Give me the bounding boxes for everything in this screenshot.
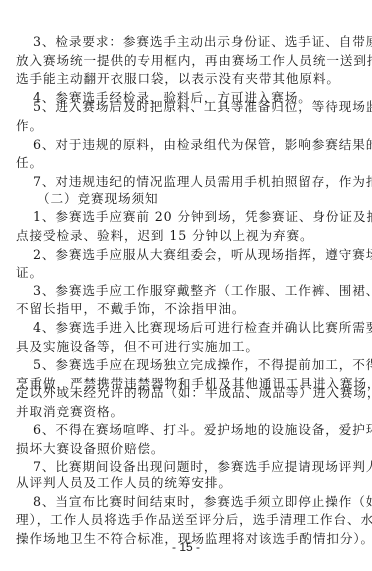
paragraph-line: 从评判人员及工作人员的统筹安排。 [16,474,336,492]
paragraph-line: 具及实施设备等，但不可进行实施加工。 [16,338,336,356]
paragraph-line: 放入赛场统一提供的专用框内，再由赛场工作人员统一送到指定位置。同时要求 [16,52,336,70]
paragraph-line: 1、参赛选手应赛前 20 分钟到场，凭参赛证、身份证及抽签号到大赛指定地 [33,208,353,226]
paragraph-line: 4、参赛选手进入比赛现场后可进行检查并确认比赛所需要的相关原材料、用 [33,319,353,337]
paragraph-line: 证。 [16,264,336,282]
paragraph-line: 定以外或未经允许的物品（如：半成品、成品等）进入赛场，一律按作弊处理， [16,384,336,402]
paragraph-line: 不留长指甲，不戴手饰，不涂指甲油。 [16,300,336,318]
paragraph-line: 6、对于违规的原料，由检录组代为保管，影响参赛结果的由参赛选手自负责 [33,136,353,154]
paragraph-line: 3、检录要求：参赛选手主动出示身份证、选手证、自带原料，经检查合格后， [33,33,353,51]
document-page: 3、检录要求：参赛选手主动出示身份证、选手证、自带原料，经检查合格后， 放入赛场… [0,0,372,571]
paragraph-line: 8、当宣布比赛时间结束时，参赛选手须立即停止操作（如继续操作将零分处 [33,493,353,511]
paragraph-line: 6、不得在赛场喧哗、打斗。爱护场地的设施设备，爱护环境卫生，注意安全。 [33,421,353,439]
paragraph-line: 7、对违规违纪的情况监理人员需用手机拍照留存，作为扣分依据。 [33,173,353,191]
page-number: - 15 - [0,540,372,554]
paragraph-line: 损坏大赛设备照价赔偿。 [16,440,336,458]
paragraph-line: 并取消竞赛资格。 [16,403,336,421]
paragraph-line: 任。 [16,154,336,172]
section-heading: （二）竞赛现场须知 [37,190,357,208]
paragraph-line: 理），工作人员将选手作品送至评分后，选手清理工作台、水池等卫生后退场（如 [16,511,336,529]
paragraph-line: 5、进入赛场后及时把原料、工具等准备归位，等待现场监理裁判号令开始操 [33,98,353,116]
paragraph-line: 5、参赛选手应在现场独立完成操作，不得提前加工，不得多做挑选，不得失 [33,356,353,374]
paragraph-line: 点接受检录、验料，迟到 15 分钟以上视为弃赛。 [16,227,336,245]
paragraph-line: 3、参赛选手应工作服穿戴整齐（工作服、工作裤、围裙、工作帽、工作鞋）， [33,282,353,300]
paragraph-line: 2、参赛选手应服从大赛组委会，听从现场指挥，遵守赛场规则，佩戴好选手 [33,246,353,264]
paragraph-line: 作。 [16,117,336,135]
paragraph-line: 选手能主动翻开衣服口袋，以表示没有夹带其他原料。 [16,70,336,88]
